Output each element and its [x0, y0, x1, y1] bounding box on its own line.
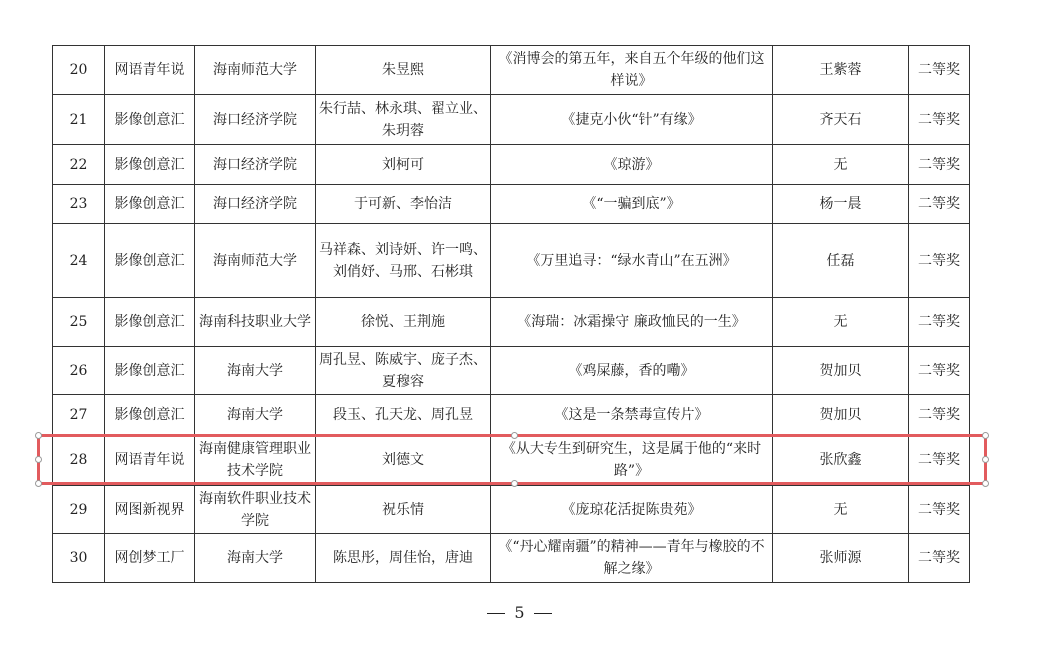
cell-award: 二等奖: [909, 46, 970, 95]
cell-authors: 朱行喆、林永琪、翟立业、朱玥蓉: [316, 95, 491, 145]
cell-title: 《万里追寻：“绿水青山”在五洲》: [491, 224, 773, 298]
cell-number: 25: [53, 298, 105, 347]
cell-school: 海南师范大学: [195, 224, 316, 298]
cell-title: 《“丹心耀南疆”的精神——青年与橡胶的不解之缘》: [491, 534, 773, 583]
cell-authors: 陈思彤，周佳怡，唐迪: [316, 534, 491, 583]
cell-number: 28: [53, 435, 105, 486]
cell-authors: 于可新、李怡洁: [316, 185, 491, 224]
cell-advisor: 张欣鑫: [773, 435, 909, 486]
cell-award: 二等奖: [909, 224, 970, 298]
cell-school: 海南健康管理职业技术学院: [195, 435, 316, 486]
page-footer: 5: [0, 603, 1039, 622]
table-row[interactable]: 29网图新视界海南软件职业技术学院祝乐情《庞琼花活捉陈贵苑》无二等奖: [53, 486, 970, 534]
cell-school: 海口经济学院: [195, 95, 316, 145]
cell-school: 海南科技职业大学: [195, 298, 316, 347]
cell-title: 《从大专生到研究生，这是属于他的“来时路”》: [491, 435, 773, 486]
cell-number: 24: [53, 224, 105, 298]
cell-authors: 朱昱熙: [316, 46, 491, 95]
cell-category: 网创梦工厂: [105, 534, 195, 583]
cell-authors: 周孔昱、陈威宇、庞子杰、夏穆容: [316, 347, 491, 395]
cell-advisor: 齐天石: [773, 95, 909, 145]
resize-handle-bottom-right[interactable]: [982, 480, 989, 487]
cell-authors: 马祥森、刘诗妍、许一鸣、刘俏妤、马邢、石彬琪: [316, 224, 491, 298]
cell-authors: 刘柯可: [316, 145, 491, 185]
table-row[interactable]: 25影像创意汇海南科技职业大学徐悦、王荆施《海瑞：冰霜操守 廉政恤民的一生》无二…: [53, 298, 970, 347]
cell-award: 二等奖: [909, 435, 970, 486]
award-table: 20网语青年说海南师范大学朱昱熙《消博会的第五年，来自五个年级的他们这样说》王紫…: [52, 45, 970, 583]
cell-advisor: 无: [773, 298, 909, 347]
cell-number: 22: [53, 145, 105, 185]
cell-category: 影像创意汇: [105, 298, 195, 347]
cell-number: 21: [53, 95, 105, 145]
cell-school: 海口经济学院: [195, 185, 316, 224]
resize-handle-top-right[interactable]: [982, 432, 989, 439]
cell-school: 海南大学: [195, 347, 316, 395]
cell-advisor: 王紫蓉: [773, 46, 909, 95]
cell-award: 二等奖: [909, 95, 970, 145]
cell-award: 二等奖: [909, 395, 970, 435]
table-body: 20网语青年说海南师范大学朱昱熙《消博会的第五年，来自五个年级的他们这样说》王紫…: [53, 46, 970, 583]
cell-title: 《海瑞：冰霜操守 廉政恤民的一生》: [491, 298, 773, 347]
cell-category: 影像创意汇: [105, 145, 195, 185]
table-row[interactable]: 20网语青年说海南师范大学朱昱熙《消博会的第五年，来自五个年级的他们这样说》王紫…: [53, 46, 970, 95]
cell-title: 《“一骗到底”》: [491, 185, 773, 224]
cell-advisor: 无: [773, 145, 909, 185]
cell-school: 海南大学: [195, 534, 316, 583]
cell-authors: 徐悦、王荆施: [316, 298, 491, 347]
cell-advisor: 贺加贝: [773, 395, 909, 435]
table-row[interactable]: 24影像创意汇海南师范大学马祥森、刘诗妍、许一鸣、刘俏妤、马邢、石彬琪《万里追寻…: [53, 224, 970, 298]
cell-advisor: 贺加贝: [773, 347, 909, 395]
dash-left: [487, 613, 505, 615]
cell-number: 27: [53, 395, 105, 435]
cell-category: 影像创意汇: [105, 95, 195, 145]
cell-award: 二等奖: [909, 145, 970, 185]
table-row[interactable]: 22影像创意汇海口经济学院刘柯可《琼游》无二等奖: [53, 145, 970, 185]
cell-number: 23: [53, 185, 105, 224]
cell-title: 《捷克小伙“针”有缘》: [491, 95, 773, 145]
cell-school: 海南师范大学: [195, 46, 316, 95]
cell-advisor: 任磊: [773, 224, 909, 298]
cell-number: 30: [53, 534, 105, 583]
cell-number: 26: [53, 347, 105, 395]
cell-award: 二等奖: [909, 185, 970, 224]
cell-advisor: 杨一晨: [773, 185, 909, 224]
resize-handle-bottom-left[interactable]: [35, 480, 42, 487]
resize-handle-middle-left[interactable]: [35, 456, 42, 463]
cell-authors: 刘德文: [316, 435, 491, 486]
page-number: 5: [514, 603, 524, 622]
cell-title: 《庞琼花活捉陈贵苑》: [491, 486, 773, 534]
cell-authors: 祝乐情: [316, 486, 491, 534]
cell-school: 海口经济学院: [195, 145, 316, 185]
table-row[interactable]: 27影像创意汇海南大学段玉、孔天龙、周孔昱《这是一条禁毒宣传片》贺加贝二等奖: [53, 395, 970, 435]
resize-handle-top-left[interactable]: [35, 432, 42, 439]
cell-award: 二等奖: [909, 486, 970, 534]
cell-category: 影像创意汇: [105, 347, 195, 395]
cell-title: 《鸡屎藤，香的嘞》: [491, 347, 773, 395]
cell-category: 网图新视界: [105, 486, 195, 534]
cell-category: 影像创意汇: [105, 185, 195, 224]
cell-award: 二等奖: [909, 347, 970, 395]
cell-category: 影像创意汇: [105, 224, 195, 298]
cell-title: 《消博会的第五年，来自五个年级的他们这样说》: [491, 46, 773, 95]
cell-category: 影像创意汇: [105, 395, 195, 435]
cell-advisor: 张师源: [773, 534, 909, 583]
document-page: 20网语青年说海南师范大学朱昱熙《消博会的第五年，来自五个年级的他们这样说》王紫…: [0, 0, 1039, 656]
table-row[interactable]: 23影像创意汇海口经济学院于可新、李怡洁《“一骗到底”》杨一晨二等奖: [53, 185, 970, 224]
table-row[interactable]: 21影像创意汇海口经济学院朱行喆、林永琪、翟立业、朱玥蓉《捷克小伙“针”有缘》齐…: [53, 95, 970, 145]
cell-school: 海南软件职业技术学院: [195, 486, 316, 534]
table-row[interactable]: 30网创梦工厂海南大学陈思彤，周佳怡，唐迪《“丹心耀南疆”的精神——青年与橡胶的…: [53, 534, 970, 583]
cell-title: 《这是一条禁毒宣传片》: [491, 395, 773, 435]
cell-number: 20: [53, 46, 105, 95]
table-row[interactable]: 26影像创意汇海南大学周孔昱、陈威宇、庞子杰、夏穆容《鸡屎藤，香的嘞》贺加贝二等…: [53, 347, 970, 395]
cell-number: 29: [53, 486, 105, 534]
cell-school: 海南大学: [195, 395, 316, 435]
cell-authors: 段玉、孔天龙、周孔昱: [316, 395, 491, 435]
cell-category: 网语青年说: [105, 435, 195, 486]
cell-award: 二等奖: [909, 298, 970, 347]
cell-category: 网语青年说: [105, 46, 195, 95]
dash-right: [534, 613, 552, 615]
cell-advisor: 无: [773, 486, 909, 534]
cell-award: 二等奖: [909, 534, 970, 583]
resize-handle-middle-right[interactable]: [982, 456, 989, 463]
cell-title: 《琼游》: [491, 145, 773, 185]
table-row[interactable]: 28网语青年说海南健康管理职业技术学院刘德文《从大专生到研究生，这是属于他的“来…: [53, 435, 970, 486]
